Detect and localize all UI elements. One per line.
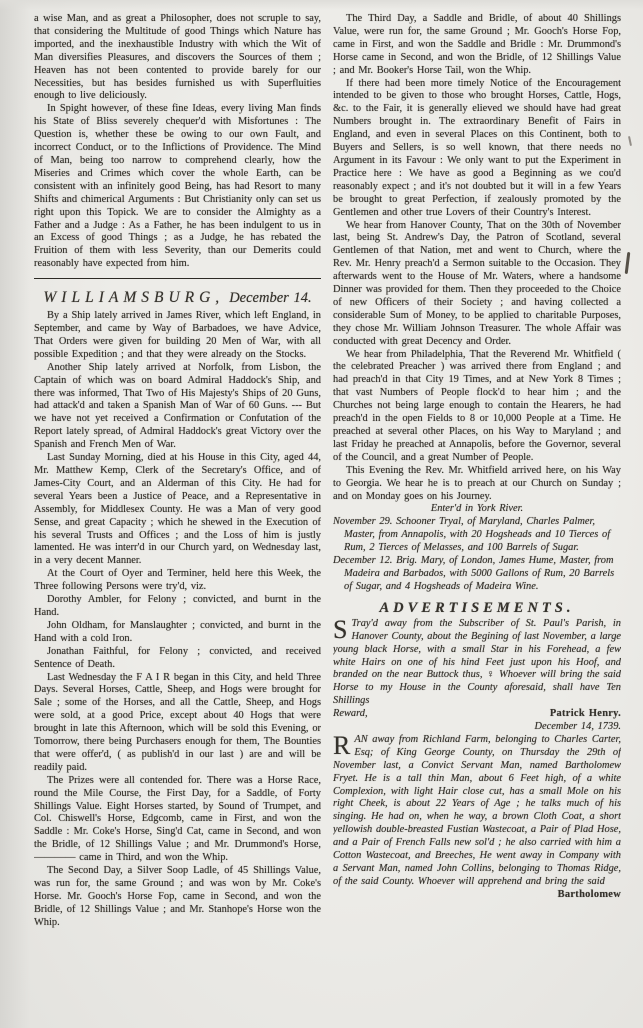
text-run: We hear from Hanover County, That on the…: [333, 220, 621, 347]
signoff-left: Reward,: [333, 708, 368, 721]
text-run: December 14, 1739.: [535, 721, 621, 732]
newspaper-page: a wise Man, and as great a Philosopher, …: [0, 0, 643, 1028]
text-run: The Third Day, a Saddle and Bridle, of a…: [333, 13, 621, 76]
paragraph: John Oldham, for Manslaughter ; convicte…: [34, 620, 321, 646]
ink-mark: [625, 252, 631, 274]
paragraph: In Spight however, of these fine Ideas, …: [34, 103, 321, 271]
text-run: We hear from Philadelphia, That the Reve…: [333, 349, 621, 463]
left-column: a wise Man, and as great a Philosopher, …: [34, 13, 321, 1015]
text-run: The Second Day, a Silver Soop Ladle, of …: [34, 865, 321, 928]
text-run: ADVERTISEMENTS.: [380, 600, 575, 616]
advertisement-date: December 14, 1739.: [333, 721, 621, 734]
text-run: This Evening the Rev. Mr. Whitfield arri…: [333, 465, 621, 502]
text-run: AN away from Richland Farm, belonging to…: [333, 734, 621, 887]
paragraph: At the Court of Oyer and Terminer, held …: [34, 568, 321, 594]
text-run: Tray'd away from the Subscriber of St. P…: [333, 618, 621, 706]
text-run: John Oldham, for Manslaughter ; convicte…: [34, 620, 321, 644]
heading-text: December 14.: [229, 290, 311, 306]
drop-cap: R: [333, 734, 354, 757]
text-run: In Spight however, of these fine Ideas, …: [34, 103, 321, 269]
dateline-heading: WILLIAMSBURG,December 14.: [34, 288, 321, 308]
text-run: Jonathan Faithful, for Felony ; convicte…: [34, 646, 321, 670]
paragraph: The Third Day, a Saddle and Bridle, of a…: [333, 13, 621, 78]
scan-edge-shading: [0, 0, 30, 1028]
text-run: By a Ship lately arrived in James River,…: [34, 310, 321, 360]
text-run: If there had been more timely Notice of …: [333, 78, 621, 218]
scan-top-shading: [0, 0, 643, 10]
text-run: At the Court of Oyer and Terminer, held …: [34, 568, 321, 592]
ship-entry: December 12. Brig. Mary, of London, Jame…: [333, 555, 621, 594]
paragraph: Another Ship lately arrived at Norfolk, …: [34, 362, 321, 452]
paragraph: We hear from Hanover County, That on the…: [333, 220, 621, 349]
paragraph: By a Ship lately arrived in James River,…: [34, 310, 321, 362]
advertisements-heading: ADVERTISEMENTS.: [333, 599, 621, 617]
paragraph: We hear from Philadelphia, That the Reve…: [333, 349, 621, 465]
section-divider: [34, 278, 321, 279]
paragraph: The Second Day, a Silver Soop Ladle, of …: [34, 865, 321, 930]
paragraph: Dorothy Ambler, for Felony ; convicted, …: [34, 594, 321, 620]
text-run: The Prizes were all contended for. There…: [34, 775, 321, 863]
right-column: The Third Day, a Saddle and Bridle, of a…: [333, 13, 621, 1015]
paragraph: This Evening the Rev. Mr. Whitfield arri…: [333, 465, 621, 504]
text-run: Bartholomew: [558, 889, 621, 900]
text-run: Dorothy Ambler, for Felony ; convicted, …: [34, 594, 321, 618]
ship-entry: November 29. Schooner Tryal, of Maryland…: [333, 516, 621, 555]
text-run: Enter'd in York River.: [431, 503, 523, 514]
signoff-right: Patrick Henry.: [550, 708, 621, 721]
paragraph: If there had been more timely Notice of …: [333, 78, 621, 220]
text-run: December 12. Brig. Mary, of London, Jame…: [333, 555, 614, 592]
text-run: a wise Man, and as great a Philosopher, …: [34, 13, 321, 101]
advertisement-signoff: Reward,Patrick Henry.: [333, 708, 621, 721]
text-run: Last Sunday Morning, died at his House i…: [34, 452, 321, 566]
entered-in-york-river-heading: Enter'd in York River.: [333, 503, 621, 516]
paragraph: Last Sunday Morning, died at his House i…: [34, 452, 321, 568]
paragraph: Jonathan Faithful, for Felony ; convicte…: [34, 646, 321, 672]
heading-text: WILLIAMSBURG,: [43, 289, 224, 306]
advertisement-runaway-servant: RAN away from Richland Farm, belonging t…: [333, 734, 621, 889]
catchword: Bartholomew: [333, 889, 621, 902]
text-run: Another Ship lately arrived at Norfolk, …: [34, 362, 321, 450]
paragraph: a wise Man, and as great a Philosopher, …: [34, 13, 321, 103]
drop-cap: S: [333, 618, 351, 641]
paragraph: Last Wednesday the F A I R began in this…: [34, 672, 321, 775]
advertisement-strayed-horse: STray'd away from the Subscriber of St. …: [333, 618, 621, 708]
text-run: November 29. Schooner Tryal, of Maryland…: [333, 516, 610, 553]
ink-mark: [628, 136, 632, 146]
text-run: Last Wednesday the F A I R began in this…: [34, 672, 321, 773]
paragraph: The Prizes were all contended for. There…: [34, 775, 321, 865]
